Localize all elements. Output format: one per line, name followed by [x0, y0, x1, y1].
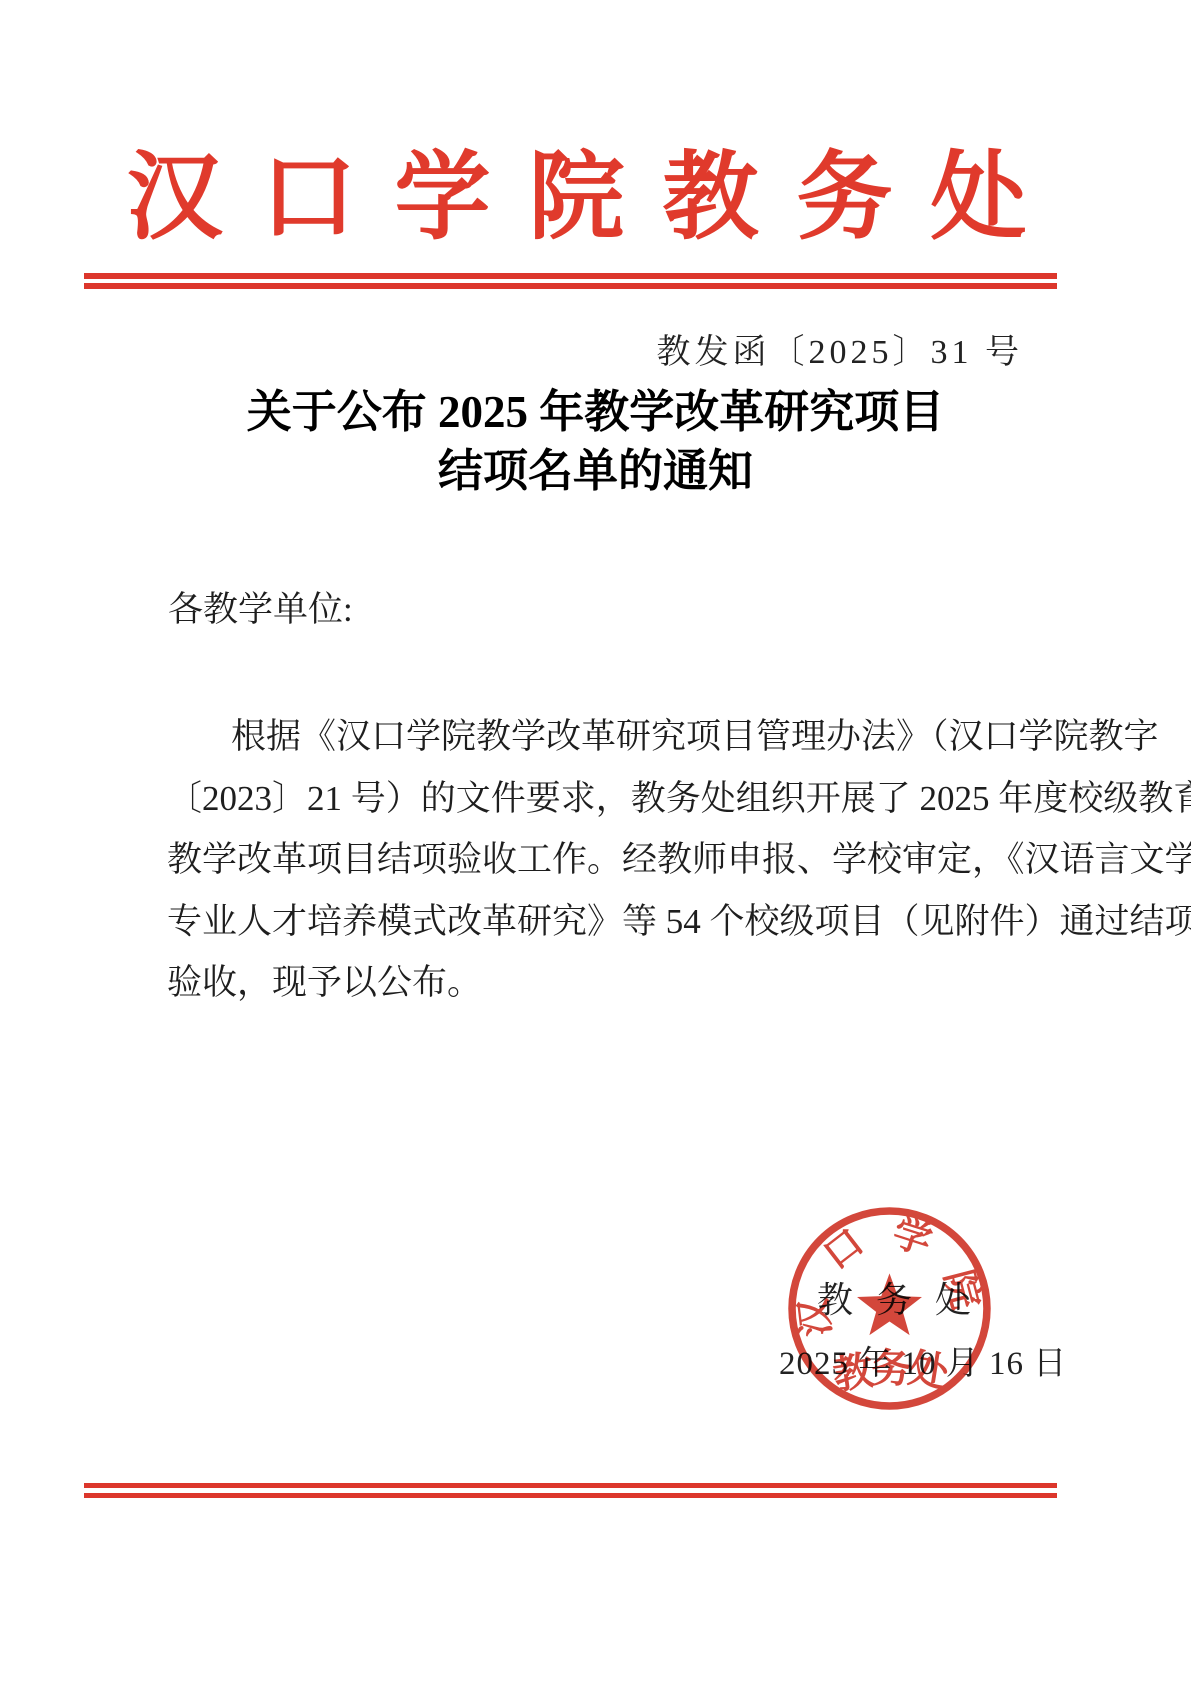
rule-line	[84, 283, 1057, 289]
page: { "document": { "masthead": { "title": "…	[0, 0, 1191, 1684]
star-icon	[857, 1273, 922, 1335]
body-line: 教学改革项目结项验收工作。经教师申报、学校审定，《汉语言文学	[167, 829, 1047, 891]
rule-line	[84, 1493, 1057, 1498]
notice-title: 关于公布 2025 年教学改革研究项目 结项名单的通知	[0, 383, 1191, 501]
body-line: 专业人才培养模式改革研究》等 54 个校级项目（见附件）通过结项	[167, 891, 1047, 953]
salutation: 各教学单位:	[168, 582, 353, 632]
footer-double-rule	[84, 1483, 1057, 1498]
official-seal: 汉 口 学 院 教 务 处	[784, 1203, 995, 1414]
body-line: 验收，现予以公布。	[167, 952, 1047, 1014]
notice-title-line-2: 结项名单的通知	[0, 442, 1191, 501]
agency-masthead: 汉口学院教务处	[0, 150, 1191, 246]
seal-arc-char: 汉	[792, 1295, 838, 1339]
doc-number: 教发函〔2025〕31 号	[657, 324, 1024, 373]
masthead-double-rule	[84, 273, 1057, 289]
body-paragraph: 根据《汉口学院教学改革研究项目管理办法》（汉口学院教字 〔2023〕21 号）的…	[167, 706, 1047, 1014]
body-line: 根据《汉口学院教学改革研究项目管理办法》（汉口学院教字	[167, 706, 1047, 768]
body-line: 〔2023〕21 号）的文件要求，教务处组织开展了 2025 年度校级教育	[167, 768, 1047, 830]
seal-arc-char: 口	[816, 1221, 872, 1278]
seal-bottom-char: 处	[905, 1345, 952, 1396]
notice-title-line-1: 关于公布 2025 年教学改革研究项目	[0, 383, 1191, 442]
